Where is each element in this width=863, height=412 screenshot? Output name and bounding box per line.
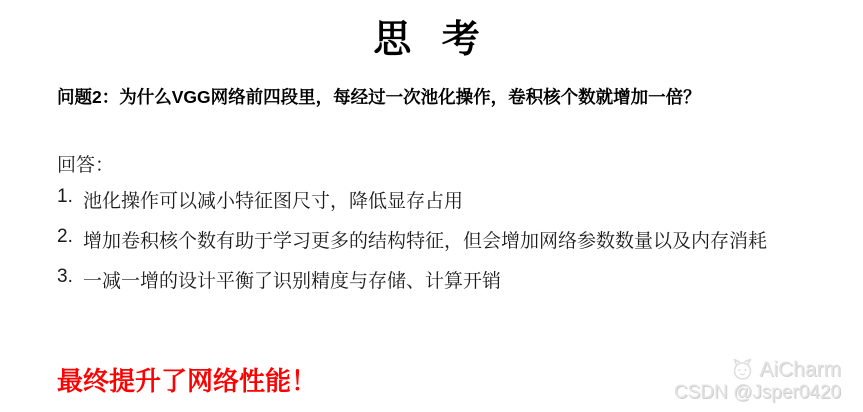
list-item: 3. 一减一增的设计平衡了识别精度与存储、计算开销 [57,266,843,306]
list-item: 1. 池化操作可以减小特征图尺寸，降低显存占用 [57,186,843,226]
conclusion-text: 最终提升了网络性能！ [57,361,317,398]
list-item-text: 池化操作可以减小特征图尺寸，降低显存占用 [83,186,463,213]
cat-face-icon [729,356,755,382]
slide-canvas: 思 考 问题2：为什么VGG网络前四段里，每经过一次池化操作，卷积核个数就增加一… [0,0,863,412]
list-item-number: 1. [57,186,83,208]
list-item-number: 2. [57,226,83,248]
watermark-handle-text: CSDN @Jsper0420 [674,383,841,402]
watermark: AiCharm CSDN @Jsper0420 [674,356,841,402]
list-item-text: 增加卷积核个数有助于学习更多的结构特征，但会增加网络参数数量以及内存消耗 [83,226,767,253]
answer-list: 1. 池化操作可以减小特征图尺寸，降低显存占用 2. 增加卷积核个数有助于学习更… [57,186,843,306]
watermark-brand-row: AiCharm [674,356,841,382]
list-item-number: 3. [57,266,83,288]
question-text: 问题2：为什么VGG网络前四段里，每经过一次池化操作，卷积核个数就增加一倍？ [57,86,833,109]
list-item: 2. 增加卷积核个数有助于学习更多的结构特征，但会增加网络参数数量以及内存消耗 [57,226,843,266]
page-title: 思 考 [0,8,863,63]
watermark-brand-text: AiCharm [759,359,841,380]
list-item-text: 一减一增的设计平衡了识别精度与存储、计算开销 [83,266,501,293]
answer-label: 回答： [57,150,114,177]
